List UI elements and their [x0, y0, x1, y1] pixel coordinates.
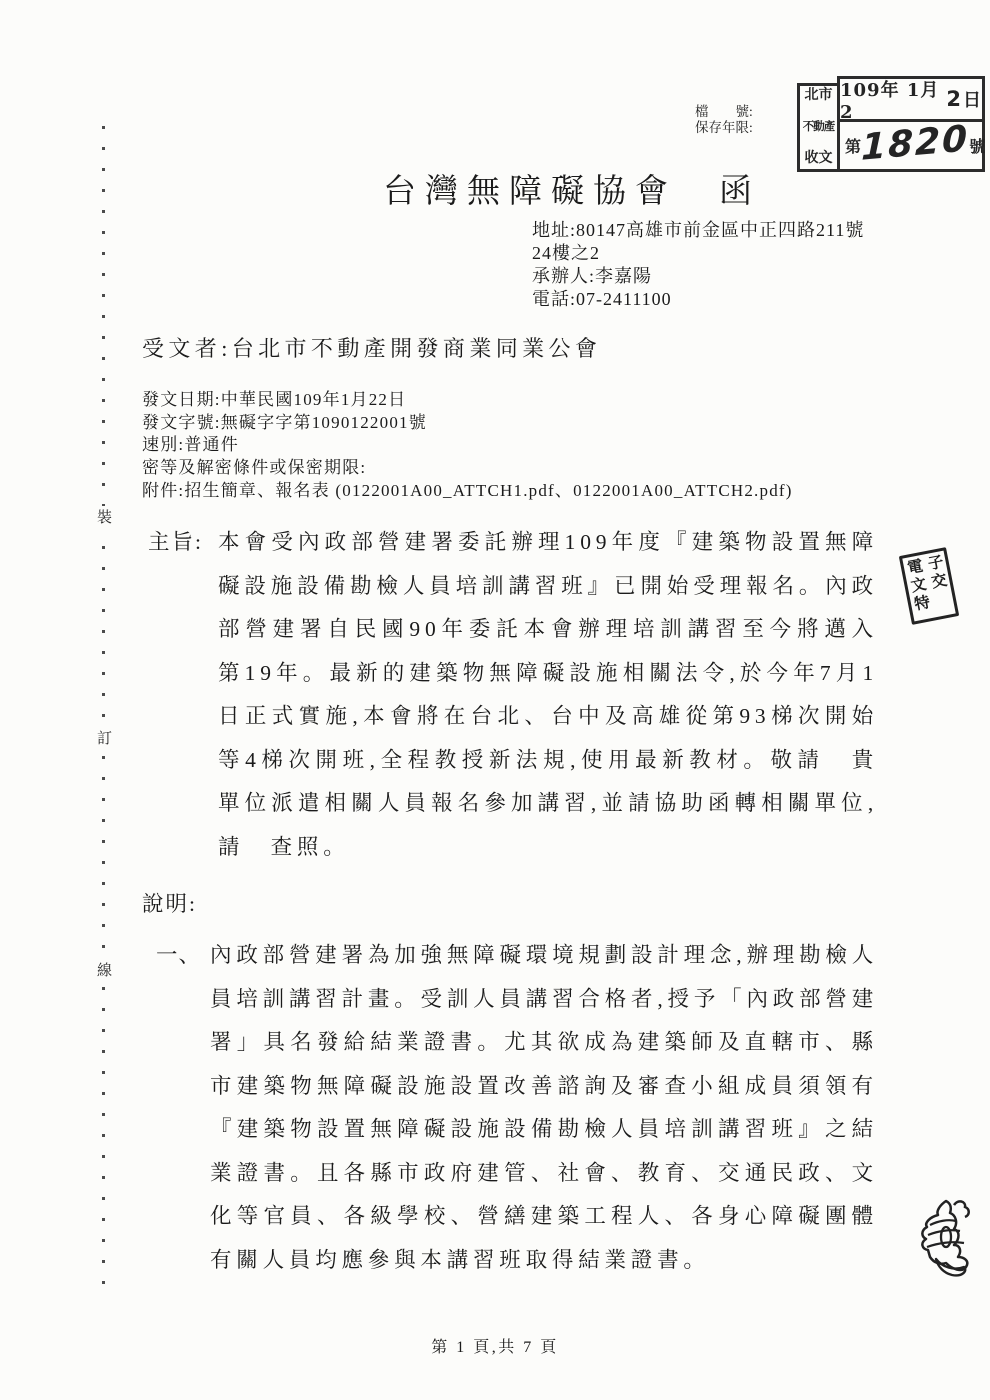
- receipt-stamp-body: 109年 1月22日 第 1820 號: [837, 76, 985, 172]
- document-title: 台灣無障礙協會 函: [383, 174, 761, 212]
- receipt-date-printed: 109年 1月2: [840, 76, 945, 123]
- receipt-number-prefix: 第: [845, 134, 861, 157]
- recipient-label: 受文者:: [142, 336, 232, 361]
- receipt-stamp: 北市 不動產 收文 109年 1月22日 第 1820 號: [797, 76, 985, 172]
- subject-label: 主旨:: [148, 521, 218, 869]
- file-number-block: 檔 號: 保存年限:: [695, 104, 753, 136]
- recipient-value: 台北市不動產開發商業同業公會: [232, 336, 602, 361]
- page-number-footer: 第 1 頁,共 7 頁: [0, 1334, 990, 1357]
- meta-doc-number: 發文字號:無礙字字第1090122001號: [142, 412, 793, 435]
- receipt-number-handwritten: 1820: [861, 121, 969, 167]
- meta-label: 發文日期:: [142, 390, 221, 409]
- meta-label: 附件:: [142, 481, 184, 500]
- receipt-date-handwritten-digit: 2: [946, 87, 962, 111]
- meta-value: 無礙字字第1090122001號: [221, 413, 427, 432]
- meta-label: 發文字號:: [142, 413, 221, 432]
- explanation-item-1: 一、 內政部營建署為加強無障礙環境規劃設計理念,辦理勘檢人員培訓講習計畫。受訓人…: [156, 934, 878, 1282]
- sender-address-line2: 24樓之2: [532, 242, 864, 265]
- receipt-date-suffix: 日: [963, 86, 982, 112]
- sender-contact-block: 地址:80147高雄市前金區中正四路211號 24樓之2 承辦人:李嘉陽 電話:…: [532, 219, 864, 311]
- ink-scribble-mark: [910, 1195, 980, 1285]
- document-meta-block: 發文日期:中華民國109年1月22日 發文字號:無礙字字第1090122001號…: [142, 389, 793, 503]
- receipt-stamp-number-row: 第 1820 號: [840, 122, 982, 169]
- receipt-stamp-org-column: 北市 不動產 收文: [797, 83, 837, 172]
- explanation-label: 說明:: [142, 887, 197, 918]
- meta-issue-date: 發文日期:中華民國109年1月22日: [142, 389, 793, 412]
- retention-period-label: 保存年限:: [695, 120, 753, 136]
- binding-mark-xian: 線: [95, 959, 114, 984]
- receipt-stamp-org-line: 不動產: [800, 122, 837, 134]
- meta-value: 普通件: [184, 435, 239, 454]
- meta-speed-class: 速別:普通件: [142, 434, 793, 457]
- scanned-official-letter-page: 裝 訂 線 檔 號: 保存年限: 北市 不動產 收文 109年 1月22日 第 …: [0, 0, 990, 1400]
- explanation-item-number: 一、: [156, 934, 210, 1282]
- binding-dotted-line: [102, 126, 105, 1300]
- electronic-exchange-stamp: 子交 電文特: [899, 547, 959, 625]
- file-number-label: 檔 號:: [695, 104, 753, 120]
- meta-label: 速別:: [142, 435, 184, 454]
- binding-mark-ding: 訂: [95, 727, 114, 752]
- receipt-stamp-org-line: 北市: [800, 89, 837, 103]
- meta-secrecy: 密等及解密條件或保密期限:: [142, 457, 793, 480]
- meta-value: 招生簡章、報名表 (0122001A00_ATTCH1.pdf、0122001A…: [184, 481, 792, 500]
- sender-contact-person: 承辦人:李嘉陽: [532, 265, 864, 288]
- subject-section: 主旨: 本會受內政部營建署委託辦理109年度『建築物設置無障礙設施設備勘檢人員培…: [148, 521, 878, 869]
- receipt-number-suffix: 號: [969, 134, 985, 157]
- receipt-stamp-org-line: 收文: [800, 152, 837, 166]
- explanation-item-text: 內政部營建署為加強無障礙環境規劃設計理念,辦理勘檢人員培訓講習計畫。受訓人員講習…: [210, 934, 878, 1282]
- binding-mark-zhuang: 裝: [95, 506, 114, 531]
- recipient-line: 受文者:台北市不動產開發商業同業公會: [142, 332, 601, 363]
- sender-phone: 電話:07-2411100: [532, 288, 864, 311]
- subject-text: 本會受內政部營建署委託辦理109年度『建築物設置無障礙設施設備勘檢人員培訓講習班…: [218, 521, 878, 869]
- meta-attachments: 附件:招生簡章、報名表 (0122001A00_ATTCH1.pdf、01220…: [142, 480, 793, 503]
- meta-value: 中華民國109年1月22日: [221, 390, 407, 409]
- receipt-stamp-date: 109年 1月22日: [840, 79, 982, 122]
- sender-address-line1: 地址:80147高雄市前金區中正四路211號: [532, 219, 864, 242]
- meta-label: 密等及解密條件或保密期限:: [142, 458, 366, 477]
